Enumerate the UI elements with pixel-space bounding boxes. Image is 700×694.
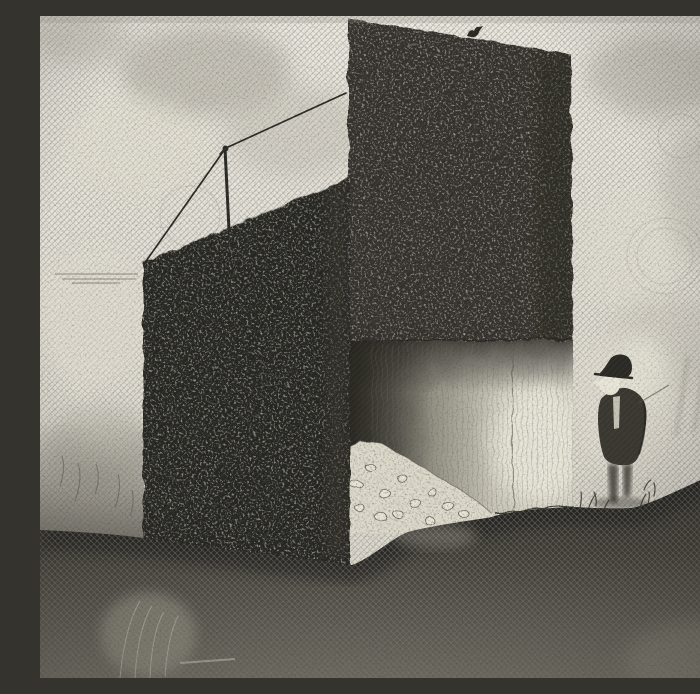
vignette <box>40 16 700 678</box>
top-edge-shade <box>40 16 700 23</box>
artwork-frame <box>40 16 700 678</box>
ink-drawing <box>40 16 700 678</box>
